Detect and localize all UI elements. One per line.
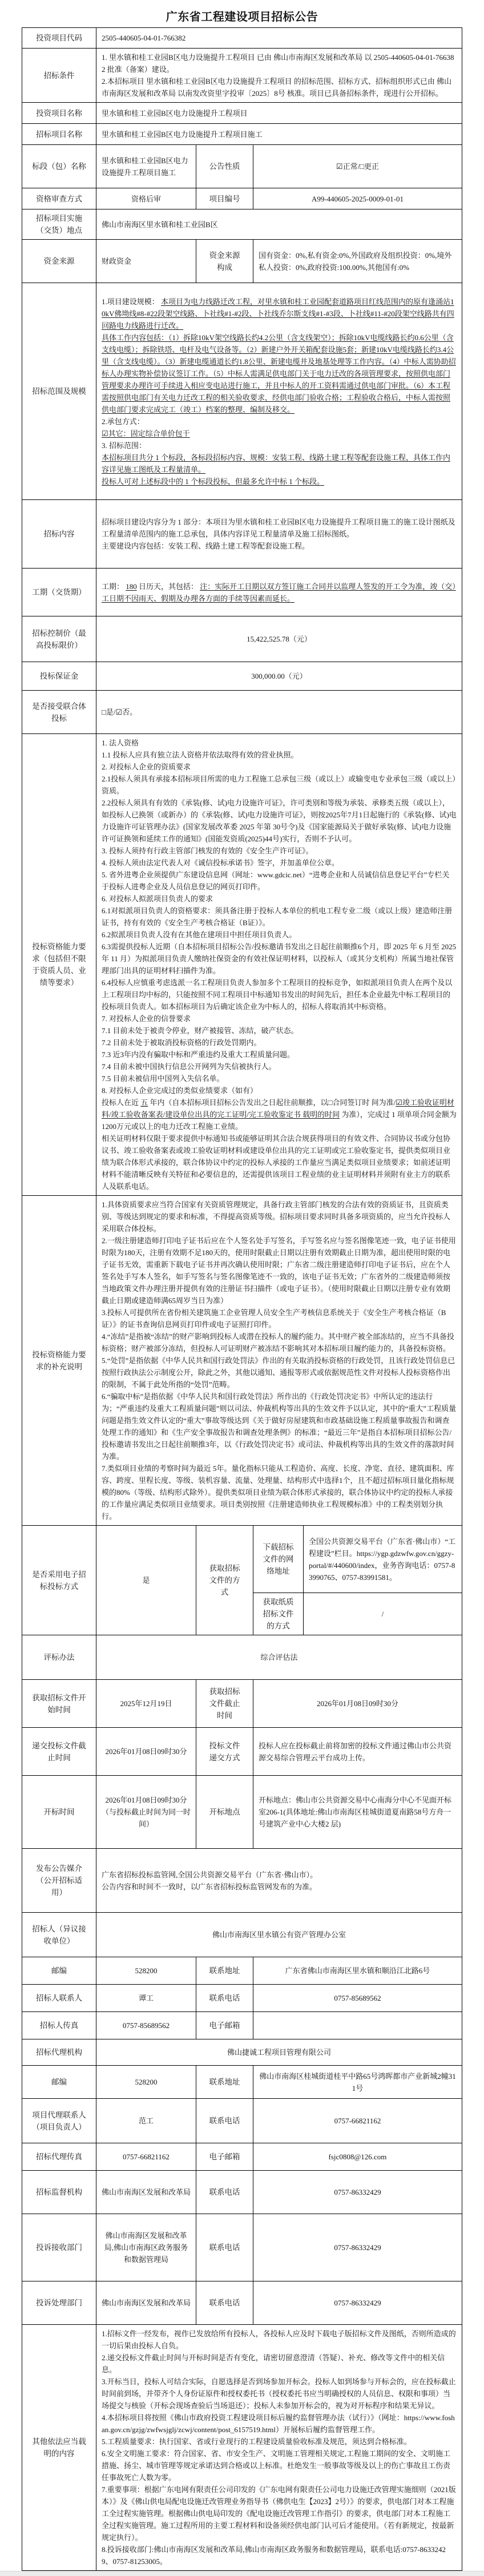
tenderer-label: 招标人（异议接收单位） xyxy=(22,1913,96,1957)
agency-address-value: 佛山市南海区桂城街道桂平中路65号鸿晖都市产业新城2幢311号 xyxy=(253,2066,462,2099)
announcement-table-body: 投资项目代码2505-440605-04-01-766382招标条件1. 里水镇… xyxy=(22,28,462,2571)
construction-period-row: 工期（交货期）工期： 180 日历天，其包括： 注：实际开工日期以双方签订施工合… xyxy=(22,569,462,616)
tender-control-price-row: 招标控制价（最高投标限价）15,422,525.78（元） xyxy=(22,616,462,662)
other-required-content-label: 其他依法应当载明的内容 xyxy=(22,2325,96,2571)
tender-scope-and-scale-label: 招标范围及规模 xyxy=(22,283,96,500)
electronic-bidding-label: 是否采用电子招标投标方式 xyxy=(22,1526,96,1635)
tender-conditions-label: 招标条件 xyxy=(22,49,96,103)
tender-project-name-label: 招标项目名称 xyxy=(22,124,96,145)
tender-project-name-row: 招标项目名称里水镇和桂工业园B区电力设施提升工程项目施工 xyxy=(22,124,462,145)
page-title: 广东省工程建设项目招标公告 xyxy=(0,0,484,27)
delivery-location-label: 招标项目实施（交货）地点 xyxy=(22,209,96,240)
announcement-table: 投资项目代码2505-440605-04-01-766382招标条件1. 里水镇… xyxy=(22,27,462,2571)
announcement-media-row: 发布公告媒介（公开招标适用）广东省招标投标监管网,全国公共资源交易平台（广东省·… xyxy=(22,1849,462,1913)
tenderer-phone-label: 联系电话 xyxy=(196,1985,253,2012)
complaint-handling-department-label: 投诉处理部门 xyxy=(22,2281,96,2325)
tenderer-contact-label: 招标人联系人 xyxy=(22,1985,96,2012)
tender-project-name-value: 里水镇和桂工业园B区电力设施提升工程项目施工 xyxy=(96,124,462,145)
tender-content-row: 招标内容招标项目建设内容分为 1 部分：本项目为里水镇和桂工业园B区电力设施提升… xyxy=(22,500,462,569)
bidder-qualification-requirements-value: 1. 法人资格1.1 投标人应具有独立法人资格并依法取得有效的营业执照。2. 对… xyxy=(96,734,462,1196)
funding-source-label: 资金来源 xyxy=(22,240,96,283)
bid-submission-deadline-label: 递交投标文件截止时间 xyxy=(22,1728,96,1776)
agency-contact-value: 范工 xyxy=(96,2099,196,2143)
supervision-phone-label: 联系电话 xyxy=(196,2171,253,2214)
funding-composition-label: 资金来源构成 xyxy=(196,240,253,283)
tenderer-value: 佛山市南海区里水镇公有资产管理办公室 xyxy=(96,1913,462,1957)
announcement-media-value: 广东省招标投标监管网,全国公共资源交易平台（广东省·佛山市）。公告内容和时间不一… xyxy=(96,1849,462,1913)
complaint-receiving-department-label: 投诉接收部门 xyxy=(22,2214,96,2281)
tender-agency-row: 招标代理机构佛山捷诚工程项目管理有限公司 xyxy=(22,2039,462,2066)
supervision-phone-value: 0757-86332429 xyxy=(253,2171,462,2214)
document-obtain-start-time-row: 获取招标文件开始时间2025年12月19日获取招标文件截止时间2026年01月0… xyxy=(22,1680,462,1728)
qualification-supplementary-notes-row: 投标资格能力要求的补充说明1.具体资质要求应当符合国家有关资质管理规定，具备行政… xyxy=(22,1196,462,1526)
announcement-page: 广东省工程建设项目招标公告 投资项目代码2505-440605-04-01-76… xyxy=(0,0,484,2576)
tender-control-price-value: 15,422,525.78（元） xyxy=(96,616,462,662)
announcement-nature-label: 公告性质 xyxy=(196,145,253,188)
bid-opening-time-value: 2026年01月08日09时30分（与投标截止时间为同一时间） xyxy=(96,1776,196,1849)
download-url-value: 全国公共资源交易平台（广东省·佛山市）“工程建设”栏目。https://ygp.… xyxy=(303,1526,462,1593)
bid-submission-deadline-row: 递交投标文件截止时间2026年01月08日09时30分投标文件递交方式投标人应在… xyxy=(22,1728,462,1776)
qualification-review-method-row: 资格审查方式资格后审项目编号A99-440605-2025-0009-01-01 xyxy=(22,188,462,209)
bidder-qualification-requirements-label: 投标资格能力要求（包括但不限于资质人员、业绩等要求） xyxy=(22,734,96,1196)
investment-project-code-value: 2505-440605-04-01-766382 xyxy=(96,28,462,49)
bid-opening-time-label: 开标时间 xyxy=(22,1776,96,1849)
tender-conditions-value: 1. 里水镇和桂工业园B区电力设施提升工程项目 已由 佛山市南海区发展和改革局 … xyxy=(96,49,462,103)
complaint-handling-phone-label: 联系电话 xyxy=(196,2281,253,2325)
supervision-authority-value: 佛山市南海区发展和改革局 xyxy=(96,2171,196,2214)
other-required-content-row: 其他依法应当载明的内容1.招标文件一经发布，视作已发放给所有投标人，各投标人应及… xyxy=(22,2325,462,2571)
tenderer-contact-row: 招标人联系人谭工联系电话0757-85689562 xyxy=(22,1985,462,2012)
other-required-content-value: 1.招标文件一经发布，视作已发放给所有投标人，各投标人应及时下载电子版招标文件及… xyxy=(96,2325,462,2571)
obtain-documents-method-label: 获取招标文件的方式 xyxy=(196,1526,253,1635)
document-obtain-start-time-value: 2025年12月19日 xyxy=(96,1680,196,1728)
evaluation-method-value: 综合评估法 xyxy=(96,1635,462,1680)
tender-agency-value: 佛山捷诚工程项目管理有限公司 xyxy=(96,2039,462,2066)
tenderer-postcode-value: 528200 xyxy=(96,1957,196,1985)
tenderer-contact-value: 谭工 xyxy=(96,1985,196,2012)
qualification-review-method-label: 资格审查方式 xyxy=(22,188,96,209)
paper-documents-method-value: / xyxy=(303,1593,462,1635)
consortium-bidding-row: 是否接受联合体投标□是/☑否。 xyxy=(22,691,462,734)
agency-email-value: fsjc0808@126.com xyxy=(253,2143,462,2171)
agency-phone-value: 0757-66821162 xyxy=(253,2099,462,2143)
electronic-bidding-row: 是否采用电子招标投标方式是获取招标文件的方式下载招标文件的网络地址全国公共资源交… xyxy=(22,1526,462,1593)
funding-composition-value: 国有资金：0%,私有资金:0%,外国政府及组织投资：0%,境外私人投资：0%,政… xyxy=(253,240,462,283)
section-package-name-value: 里水镇和桂工业园B区电力设施提升工程项目施工 xyxy=(96,145,196,188)
tenderer-fax-label: 招标人传真 xyxy=(22,2012,96,2039)
agency-contact-row: 项目代理联系人（项目负责人）范工联系电话0757-66821162 xyxy=(22,2099,462,2143)
tender-content-value: 招标项目建设内容分为 1 部分：本项目为里水镇和桂工业园B区电力设施提升工程项目… xyxy=(96,500,462,569)
complaint-receiving-department-row: 投诉接收部门佛山市南海区发展和改革局,佛山市南海区政务服务和数据管理局联系电话0… xyxy=(22,2214,462,2281)
consortium-bidding-label: 是否接受联合体投标 xyxy=(22,691,96,734)
bidder-qualification-requirements-row: 投标资格能力要求（包括但不限于资质人员、业绩等要求）1. 法人资格1.1 投标人… xyxy=(22,734,462,1196)
delivery-location-row: 招标项目实施（交货）地点佛山市南海区里水镇和桂工业园B区 xyxy=(22,209,462,240)
agency-postcode-row: 邮编528200联系地址佛山市南海区桂城街道桂平中路65号鸿晖都市产业新城2幢3… xyxy=(22,2066,462,2099)
section-package-name-label: 标段（包）名称 xyxy=(22,145,96,188)
delivery-location-value: 佛山市南海区里水镇和桂工业园B区 xyxy=(96,209,462,240)
evaluation-method-row: 评标办法综合评估法 xyxy=(22,1635,462,1680)
tender-control-price-label: 招标控制价（最高投标限价） xyxy=(22,616,96,662)
tenderer-fax-value: 0757-85689562 xyxy=(96,2012,196,2039)
tender-scope-and-scale-value: 1.项目建设规模： 本项目为电力线路迁改工程，对里水镇和桂工业园配套道路项目红线… xyxy=(96,283,462,500)
bid-bond-label: 投标保证金 xyxy=(22,662,96,691)
agency-fax-value: 0757-66821162 xyxy=(96,2143,196,2171)
complaint-handling-phone-value: 0757-86332429 xyxy=(253,2281,462,2325)
tenderer-email-value xyxy=(253,2012,462,2039)
bid-submission-method-value: 投标人应在投标截止前将加密的投标文件通过佛山市公共资源交易综合管理云平台成功上传… xyxy=(253,1728,462,1776)
investment-project-name-label: 投资项目名称 xyxy=(22,103,96,124)
bid-bond-value: 300,000.00（元） xyxy=(96,662,462,691)
construction-period-value: 工期： 180 日历天，其包括： 注：实际开工日期以双方签订施工合同并以监理人签… xyxy=(96,569,462,616)
tenderer-fax-row: 招标人传真0757-85689562电子邮箱 xyxy=(22,2012,462,2039)
evaluation-method-label: 评标办法 xyxy=(22,1635,96,1680)
tenderer-email-label: 电子邮箱 xyxy=(196,2012,253,2039)
bid-submission-deadline-value: 2026年01月08日09时30分 xyxy=(96,1728,196,1776)
bid-opening-time-row: 开标时间2026年01月08日09时30分（与投标截止时间为同一时间）开标地点开… xyxy=(22,1776,462,1849)
project-number-value: A99-440605-2025-0009-01-01 xyxy=(253,188,462,209)
qualification-supplementary-notes-value: 1.具体资质要求应当符合国家有关资质管理规定，具备行政主管部门核发的合法有效的资… xyxy=(96,1196,462,1526)
complaint-handling-department-value: 佛山市南海区发展和改革局 xyxy=(96,2281,196,2325)
tenderer-postcode-row: 邮编528200联系地址广东省佛山市南海区里水镇和顺沿江北路6号 xyxy=(22,1957,462,1985)
qualification-supplementary-notes-label: 投标资格能力要求的补充说明 xyxy=(22,1196,96,1526)
tenderer-row: 招标人（异议接收单位）佛山市南海区里水镇公有资产管理办公室 xyxy=(22,1913,462,1957)
tender-content-label: 招标内容 xyxy=(22,500,96,569)
tender-conditions-row: 招标条件1. 里水镇和桂工业园B区电力设施提升工程项目 已由 佛山市南海区发展和… xyxy=(22,49,462,103)
agency-address-label: 联系地址 xyxy=(196,2066,253,2099)
download-url-label: 下载招标文件的网络地址 xyxy=(253,1526,303,1593)
supervision-authority-label: 招标监督机构 xyxy=(22,2171,96,2214)
investment-project-name-row: 投资项目名称里水镇和桂工业园B区电力设施提升工程项目 xyxy=(22,103,462,124)
bid-opening-location-value: 开标地点：佛山市公共资源交易中心南海分中心不见面开标室206-1(具体地址:佛山… xyxy=(253,1776,462,1849)
bid-submission-method-label: 投标文件递交方式 xyxy=(196,1728,253,1776)
complaint-receiving-phone-label: 联系电话 xyxy=(196,2214,253,2281)
document-obtain-deadline-label: 获取招标文件截止时间 xyxy=(196,1680,253,1728)
agency-postcode-value: 528200 xyxy=(96,2066,196,2099)
investment-project-code-row: 投资项目代码2505-440605-04-01-766382 xyxy=(22,28,462,49)
complaint-handling-department-row: 投诉处理部门佛山市南海区发展和改革局联系电话0757-86332429 xyxy=(22,2281,462,2325)
agency-postcode-label: 邮编 xyxy=(22,2066,96,2099)
complaint-receiving-phone-value: 0757-86332429 xyxy=(253,2214,462,2281)
tenderer-phone-value: 0757-85689562 xyxy=(253,1985,462,2012)
bid-opening-location-label: 开标地点 xyxy=(196,1776,253,1849)
tenderer-postcode-label: 邮编 xyxy=(22,1957,96,1985)
funding-source-value: 财政资金 xyxy=(96,240,196,283)
announcement-nature-value: ☑正常/□更正 xyxy=(253,145,462,188)
consortium-bidding-value: □是/☑否。 xyxy=(96,691,462,734)
announcement-media-label: 发布公告媒介（公开招标适用） xyxy=(22,1849,96,1913)
document-obtain-start-time-label: 获取招标文件开始时间 xyxy=(22,1680,96,1728)
agency-fax-label: 招标代理传真 xyxy=(22,2143,96,2171)
funding-source-row: 资金来源财政资金资金来源构成国有资金：0%,私有资金:0%,外国政府及组织投资：… xyxy=(22,240,462,283)
tenderer-address-label: 联系地址 xyxy=(196,1957,253,1985)
tender-agency-label: 招标代理机构 xyxy=(22,2039,96,2066)
agency-fax-row: 招标代理传真0757-66821162电子邮箱fsjc0808@126.com xyxy=(22,2143,462,2171)
investment-project-code-label: 投资项目代码 xyxy=(22,28,96,49)
project-number-label: 项目编号 xyxy=(196,188,253,209)
paper-documents-method-label: 获取纸质招标文件的方式 xyxy=(253,1593,303,1635)
electronic-bidding-value: 是 xyxy=(96,1526,196,1635)
supervision-authority-row: 招标监督机构佛山市南海区发展和改革局联系电话0757-86332429 xyxy=(22,2171,462,2214)
tenderer-address-value: 广东省佛山市南海区里水镇和顺沿江北路6号 xyxy=(253,1957,462,1985)
investment-project-name-value: 里水镇和桂工业园B区电力设施提升工程项目 xyxy=(96,103,462,124)
qualification-review-method-value: 资格后审 xyxy=(96,188,196,209)
footer-strip xyxy=(0,2571,484,2576)
agency-email-label: 电子邮箱 xyxy=(196,2143,253,2171)
section-package-name-row: 标段（包）名称里水镇和桂工业园B区电力设施提升工程项目施工公告性质☑正常/□更正 xyxy=(22,145,462,188)
construction-period-label: 工期（交货期） xyxy=(22,569,96,616)
complaint-receiving-department-value: 佛山市南海区发展和改革局,佛山市南海区政务服务和数据管理局 xyxy=(96,2214,196,2281)
agency-contact-label: 项目代理联系人（项目负责人） xyxy=(22,2099,96,2143)
tender-scope-and-scale-row: 招标范围及规模1.项目建设规模： 本项目为电力线路迁改工程，对里水镇和桂工业园配… xyxy=(22,283,462,500)
agency-phone-label: 联系电话 xyxy=(196,2099,253,2143)
document-obtain-deadline-value: 2026年01月08日09时30分 xyxy=(253,1680,462,1728)
bid-bond-row: 投标保证金300,000.00（元） xyxy=(22,662,462,691)
